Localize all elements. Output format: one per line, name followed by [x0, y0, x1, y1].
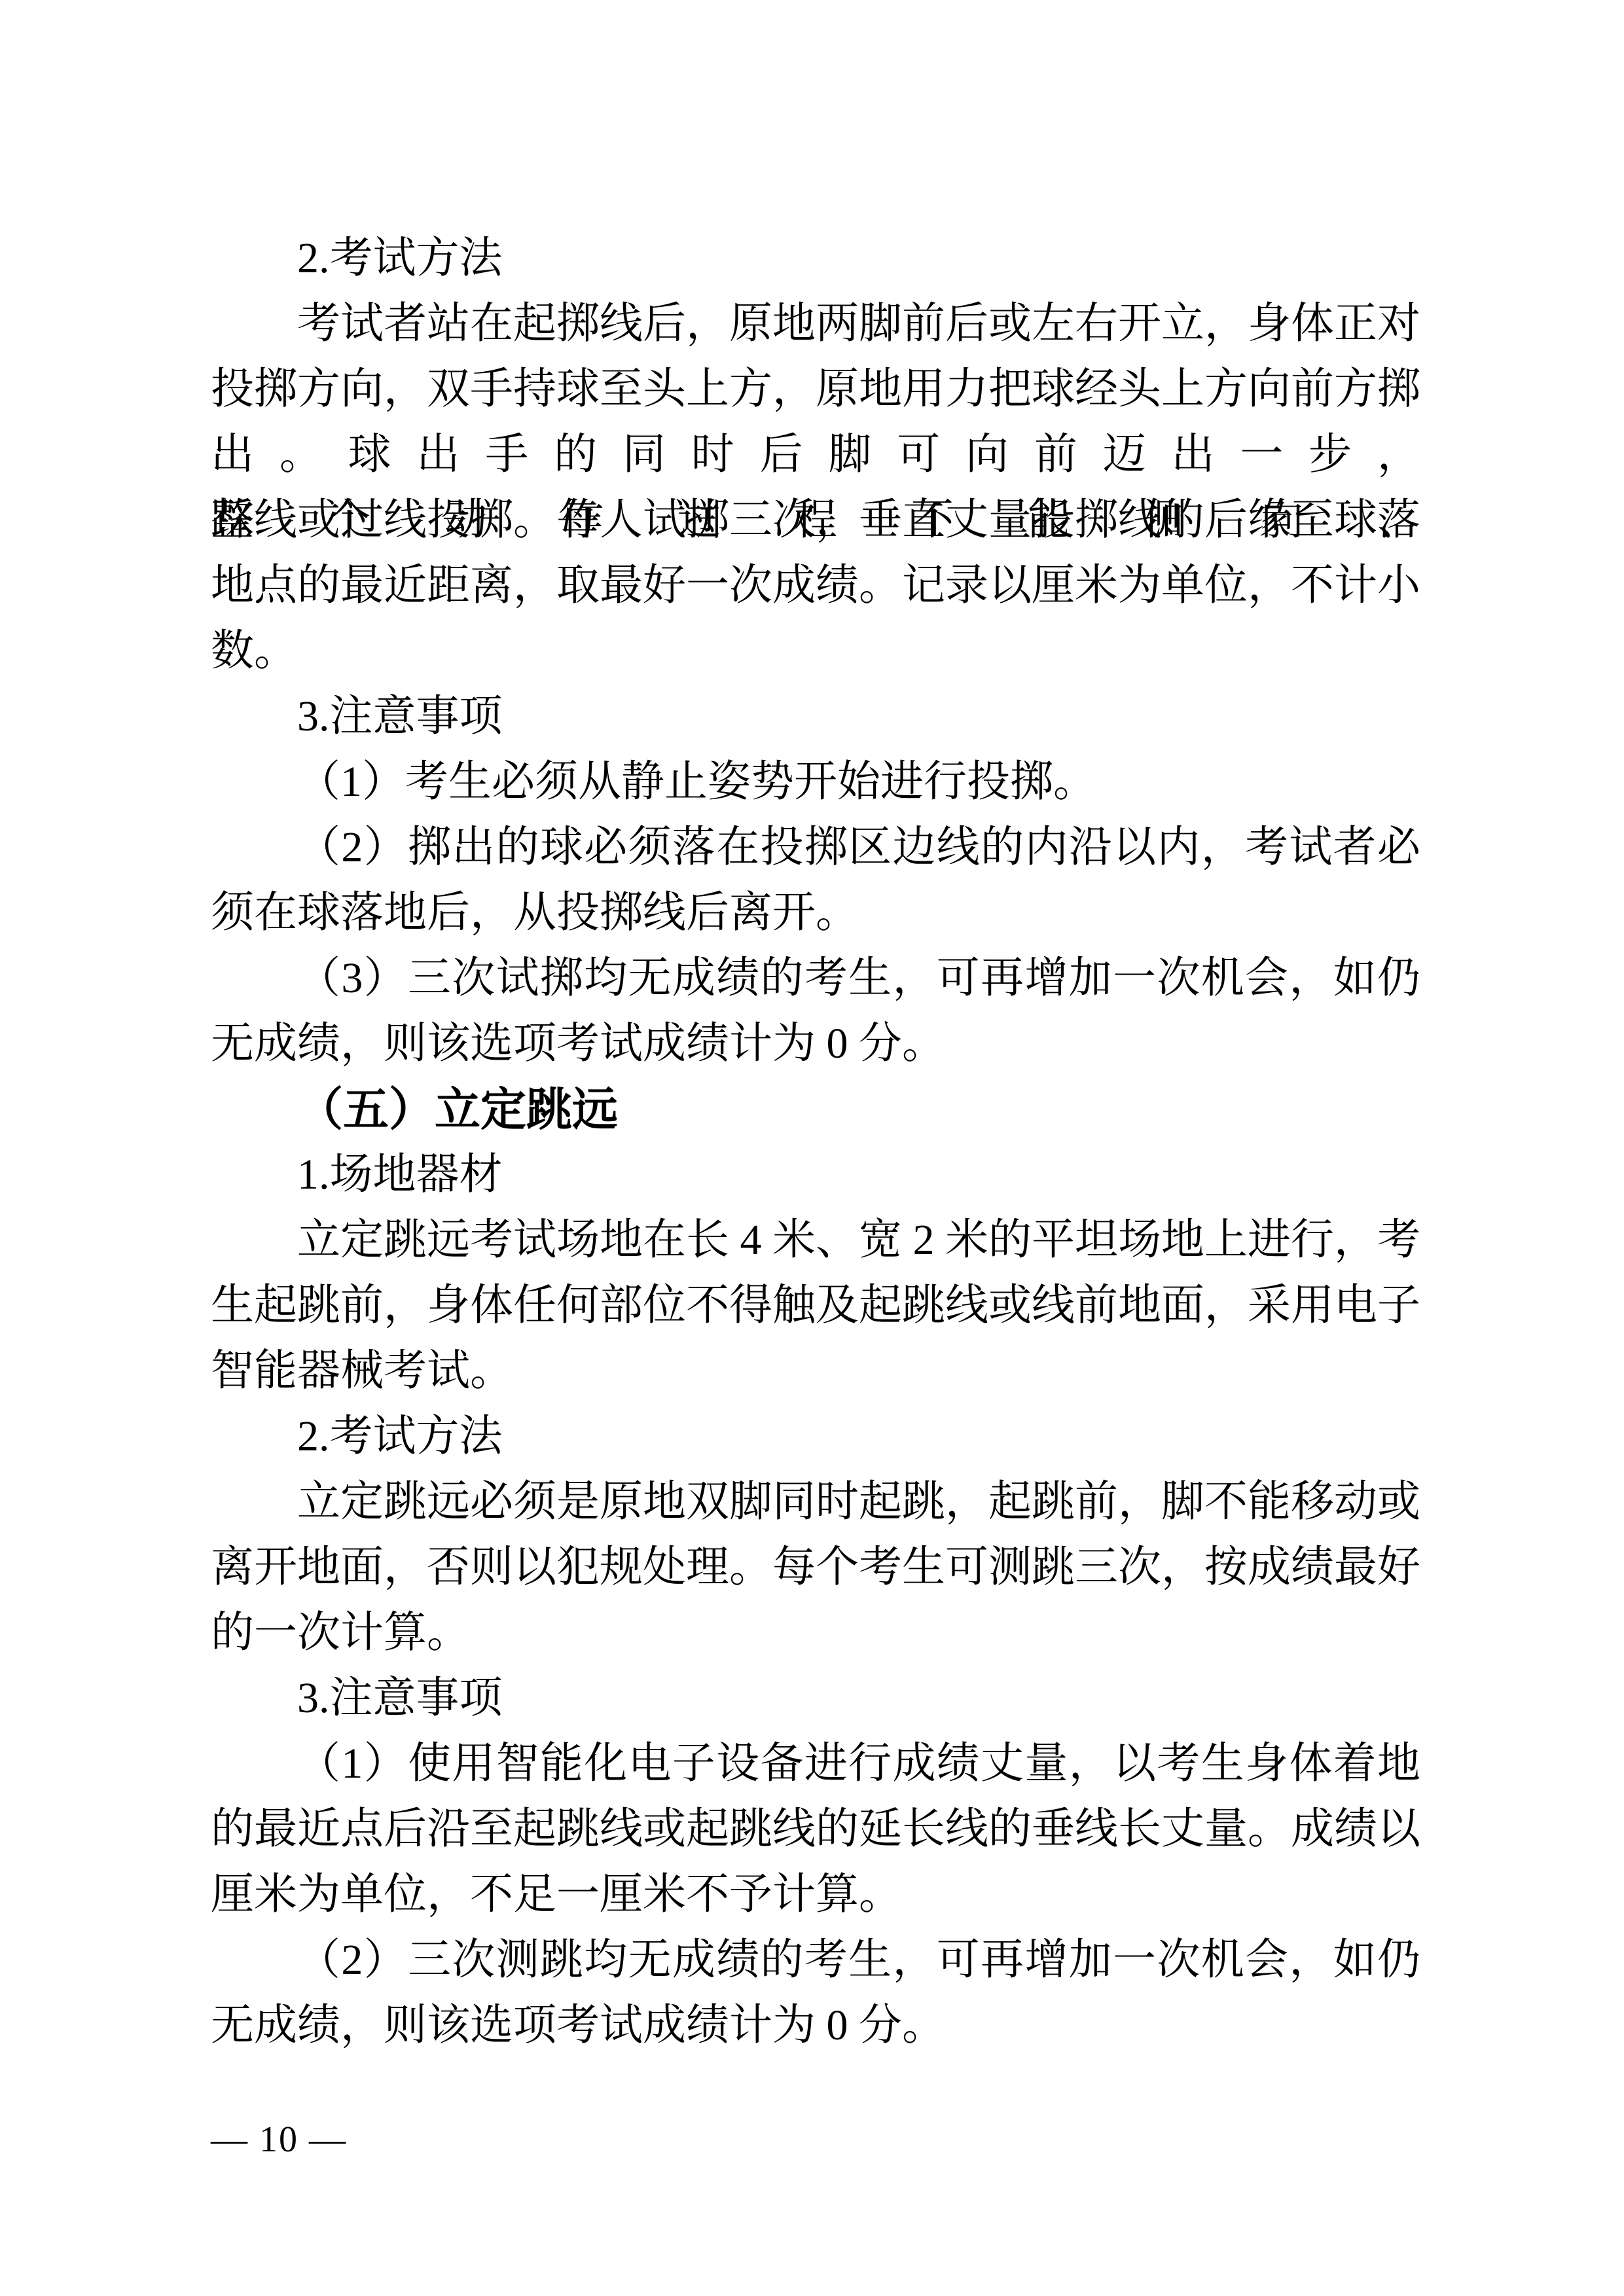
heading-venue-equipment: 1.场地器材: [211, 1142, 1420, 1208]
paragraph-line: 踩线或过线投掷。每人试掷三次，垂直丈量投掷线的后缘至球落: [211, 488, 1420, 553]
note-item-1-line: （1）使用智能化电子设备进行成绩丈量，以考生身体着地: [211, 1731, 1420, 1797]
paragraph-line: 立定跳远考试场地在长 4 米、宽 2 米的平坦场地上进行，考: [211, 1208, 1420, 1273]
note-item-2-line: 须在球落地后，从投掷线后离开。: [211, 880, 1420, 946]
note-item-2-line: （2）掷出的球必须落在投掷区边线的内沿以内，考试者必: [211, 815, 1420, 880]
note-item-1-line: （1）考生必须从静止姿势开始进行投掷。: [211, 749, 1420, 815]
heading-exam-method-2: 2.考试方法: [211, 1404, 1420, 1469]
paragraph-line: 立定跳远必须是原地双脚同时起跳，起跳前，脚不能移动或: [211, 1469, 1420, 1535]
heading-section-5-standing-long-jump: （五）立定跳远: [211, 1077, 1420, 1142]
note-item-3-line: （3）三次试掷均无成绩的考生，可再增加一次机会，如仍: [211, 946, 1420, 1011]
page-number: — 10 —: [211, 2119, 347, 2160]
note-item-1-line: 厘米为单位，不足一厘米不予计算。: [211, 1862, 1420, 1928]
heading-notes-2: 3.注意事项: [211, 1666, 1420, 1731]
paragraph-line: 的一次计算。: [211, 1600, 1420, 1666]
note-item-2-line: 无成绩，则该选项考试成绩计为 0 分。: [211, 1993, 1420, 2058]
paragraph-line: 智能器械考试。: [211, 1338, 1420, 1404]
document-body: 2.考试方法 考试者站在起掷线后，原地两脚前后或左右开立，身体正对 投掷方向，双…: [211, 226, 1420, 2058]
heading-exam-method: 2.考试方法: [211, 226, 1420, 291]
paragraph-line: 出。球出手的同时后脚可向前迈出一步，整个动作过程不能侧向、: [211, 422, 1420, 488]
note-item-2-line: （2）三次测跳均无成绩的考生，可再增加一次机会，如仍: [211, 1928, 1420, 1993]
note-item-1-line: 的最近点后沿至起跳线或起跳线的延长线的垂线长丈量。成绩以: [211, 1797, 1420, 1862]
note-item-3-line: 无成绩，则该选项考试成绩计为 0 分。: [211, 1011, 1420, 1077]
paragraph-line: 数。: [211, 619, 1420, 684]
paragraph-line: 投掷方向，双手持球至头上方，原地用力把球经头上方向前方掷: [211, 357, 1420, 422]
paragraph-line: 生起跳前，身体任何部位不得触及起跳线或线前地面，采用电子: [211, 1273, 1420, 1338]
document-page: 2.考试方法 考试者站在起掷线后，原地两脚前后或左右开立，身体正对 投掷方向，双…: [0, 0, 1624, 2296]
paragraph-line: 考试者站在起掷线后，原地两脚前后或左右开立，身体正对: [211, 291, 1420, 357]
heading-notes: 3.注意事项: [211, 684, 1420, 749]
paragraph-line: 离开地面，否则以犯规处理。每个考生可测跳三次，按成绩最好: [211, 1535, 1420, 1600]
paragraph-line: 地点的最近距离，取最好一次成绩。记录以厘米为单位，不计小: [211, 553, 1420, 619]
